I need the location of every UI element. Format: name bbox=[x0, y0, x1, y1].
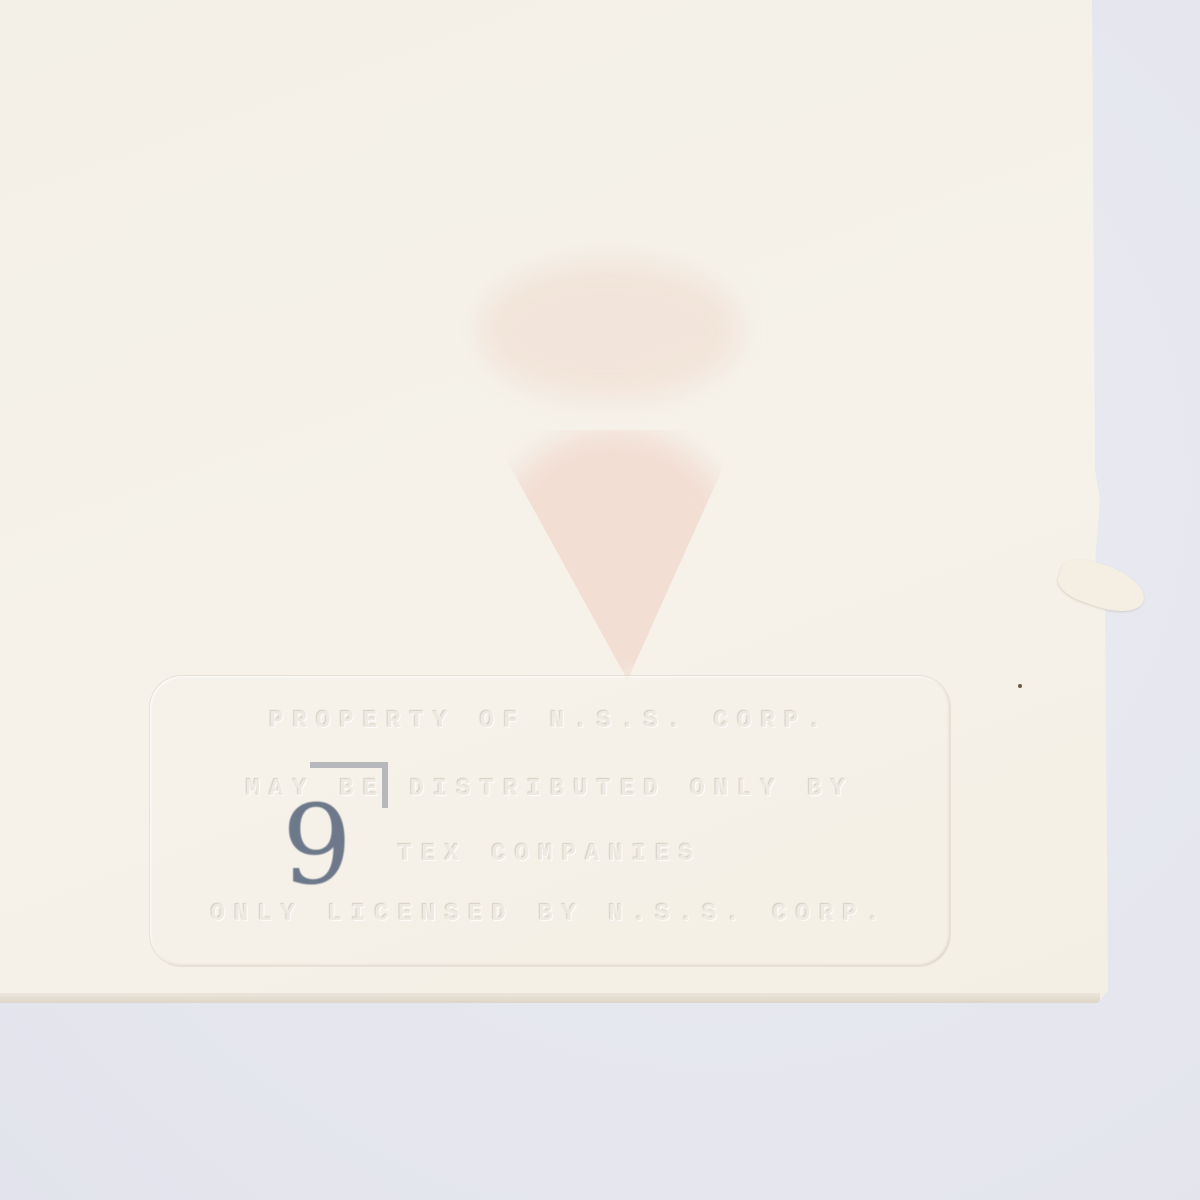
embossed-line-2: MAY BE DISTRIBUTED ONLY BY bbox=[150, 776, 950, 803]
card-bottom-edge bbox=[0, 993, 1100, 1003]
faded-stain-triangle bbox=[490, 430, 740, 680]
embossed-line-1: PROPERTY OF N.S.S. CORP. bbox=[150, 708, 950, 735]
embossed-line-3: TEX COMPANIES bbox=[150, 841, 950, 868]
faded-stain-top bbox=[480, 260, 740, 400]
embossed-legend: PROPERTY OF N.S.S. CORP. MAY BE DISTRIBU… bbox=[150, 676, 950, 966]
card-back: PROPERTY OF N.S.S. CORP. MAY BE DISTRIBU… bbox=[0, 0, 1108, 1003]
speck bbox=[1018, 684, 1022, 688]
embossed-line-4: ONLY LICENSED BY N.S.S. CORP. bbox=[150, 901, 950, 928]
stamped-number: 9 bbox=[282, 790, 352, 900]
